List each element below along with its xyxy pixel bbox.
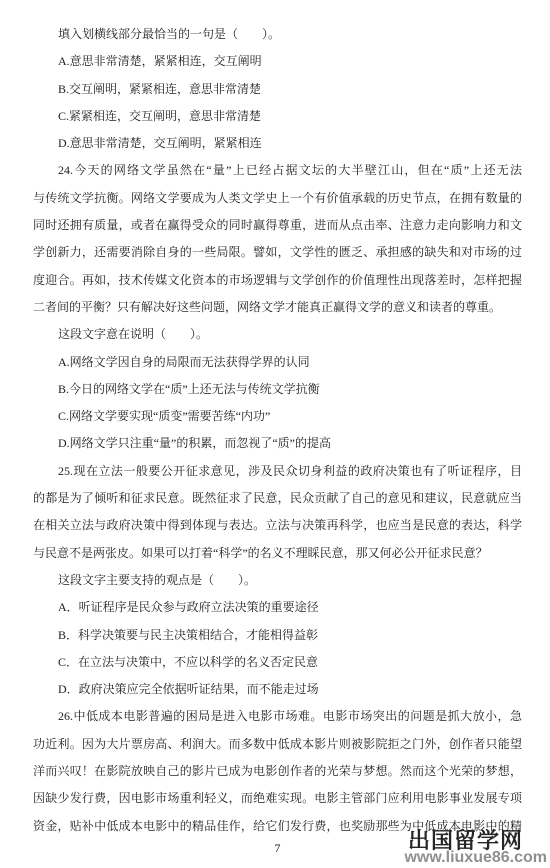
q23-option-a: A.意思非常清楚，紧紧相连，交互阐明 [33, 48, 522, 75]
q26-passage-line-2: 功近利。因为大片票房高、利润大。而多数中低成本影片则被影院拒之门外，创作者只能望 [33, 731, 522, 758]
watermark-site-url: www.liuxue86.com [404, 849, 547, 866]
q25-passage-line-4: 与民意不是两张皮。如果可以打着“科学”的名义不理睬民意，那又何必公开征求民意？ [33, 540, 522, 567]
q25-passage-line-3: 在相关立法与政府决策中得到体现与表达。立法与决策再科学，也应当是民意的表达，科学 [33, 512, 522, 539]
q24-passage-line-2: 与传统文学抗衡。网络文学要成为人类文学史上一个有价值承载的历史节点，在拥有数量的 [33, 185, 522, 212]
q26-passage-line-1: 26.中低成本电影普遍的困局是进入电影市场难。电影市场突出的问题是抓大放小，急 [33, 703, 522, 730]
q24-passage-line-3: 同时还拥有质量，或者在赢得受众的同时赢得尊重，进而从点击率、注意力走向影响力和文 [33, 212, 522, 239]
q23-option-b: B.交互阐明，紧紧相连，意思非常清楚 [33, 76, 522, 103]
q24-option-a: A.网络文学因自身的局限而无法获得学界的认同 [33, 349, 522, 376]
q24-prompt: 这段文字意在说明（ ）。 [33, 321, 522, 348]
q24-passage-line-4: 学创新力，还需要消除自身的一些局限。譬如，文学性的匮乏、承担感的缺失和对市场的过 [33, 239, 522, 266]
q24-option-c: C.网络文学要实现“质变”需要苦练“内功” [33, 403, 522, 430]
q24-passage-line-1: 24.今天的网络文学虽然在“量”上已经占据文坛的大半壁江山，但在“质”上还无法 [33, 157, 522, 184]
q26-passage-line-4: 因缺少发行费，因电影市场重利轻义，而绝难实现。电影主管部门应利用电影事业发展专项 [33, 785, 522, 812]
q25-option-c: C．在立法与决策中，不应以科学的名义否定民意 [33, 649, 522, 676]
q25-option-d: D．政府决策应完全依据听证结果，而不能走过场 [33, 676, 522, 703]
q24-passage-line-5: 度迎合。再如，技术传媒文化资本的市场逻辑与文学创作的价值理性出现落差时，怎样把握 [33, 267, 522, 294]
text-block: 填入划横线部分最恰当的一句是（ ）。 A.意思非常清楚，紧紧相连，交互阐明 B.… [33, 21, 522, 840]
q23-prompt: 填入划横线部分最恰当的一句是（ ）。 [33, 21, 522, 48]
q25-option-b: B．科学决策要与民主决策相结合，才能相得益彰 [33, 622, 522, 649]
q25-passage-line-1: 25.现在立法一般要公开征求意见，涉及民众切身利益的政府决策也有了听证程序，目 [33, 458, 522, 485]
q25-prompt: 这段文字主要支持的观点是（ ）。 [33, 567, 522, 594]
q25-passage-line-2: 的都是为了倾听和征求民意。既然征求了民意，民众贡献了自己的意见和建议，民意就应当 [33, 485, 522, 512]
q24-option-b: B.今日的网络文学在“质”上还无法与传统文学抗衡 [33, 376, 522, 403]
q24-passage-line-6: 二者间的平衡？只有解决好这些问题，网络文学才能真正赢得文学的意义和读者的尊重。 [33, 294, 522, 321]
q25-option-a: A．听证程序是民众参与政府立法决策的重要途径 [33, 594, 522, 621]
q23-option-d: D.意思非常清楚，交互阐明，紧紧相连 [33, 130, 522, 157]
q26-passage-line-3: 洋而兴叹！在影院放映自己的影片已成为电影创作者的光荣与梦想。然而这个光荣的梦想， [33, 758, 522, 785]
document-page: { "page": { "number": "7", "background_c… [0, 0, 550, 868]
q24-option-d: D.网络文学只注重“量”的积累，而忽视了“质”的提高 [33, 430, 522, 457]
q23-option-c: C.紧紧相连，交互阐明，意思非常清楚 [33, 103, 522, 130]
